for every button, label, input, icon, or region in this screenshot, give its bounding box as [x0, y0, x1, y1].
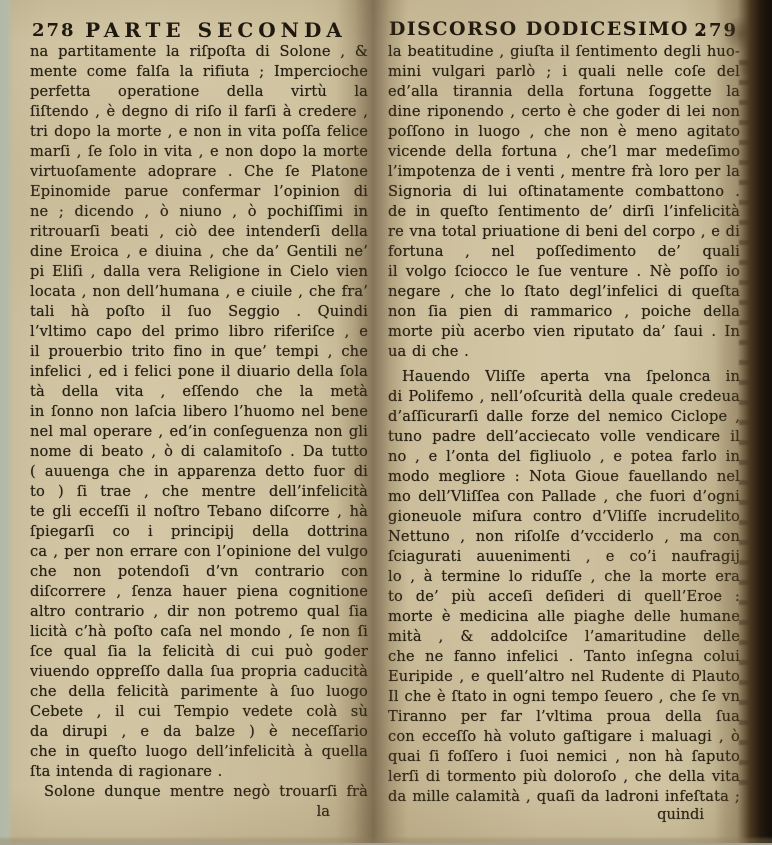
text-line: ſce qual ſia la felicità di cui può gode…: [30, 642, 368, 662]
text-line: mo dell’Vliſſea con Pallade , che fuori …: [388, 487, 740, 507]
text-line: infelici , ed i felici pone il diuario d…: [30, 362, 368, 382]
catchword-left: la: [30, 803, 330, 820]
text-line: nel mal operare , ed’in conſeguenza non …: [30, 422, 368, 442]
text-line: Nettuno , non riſolſe d’vcciderlo , ma c…: [388, 527, 740, 547]
text-line: perfetta operatione della virtù la beati…: [30, 82, 368, 102]
text-line: nome di beato , ò di calamitoſo . Da tut…: [30, 442, 368, 462]
text-line: di Polifemo , nell’oſcurità della quale …: [388, 387, 740, 407]
running-head-left: 278 PARTE SECONDA: [30, 18, 368, 42]
text-line: re vna total priuatione di beni del corp…: [388, 222, 740, 242]
text-line: il prouerbio trito fino in que’ tempi , …: [30, 342, 368, 362]
text-line: Hauendo Vliſſe aperta vna ſpelonca in fr…: [388, 367, 740, 387]
text-line: ſpiegarſi co i principij della dottrina …: [30, 522, 368, 542]
text-line: tuno padre dell’acciecato volle vendicar…: [388, 427, 740, 447]
text-line: ( auuenga che in apparenza detto fuor di…: [30, 462, 368, 482]
text-line: te gli ecceſſi il noſtro Tebano diſcorre…: [30, 502, 368, 522]
text-line: Cebete , il cui Tempio vedete colà sù in…: [30, 702, 368, 722]
text-line: da mille calamità , quaſi da ladroni inf…: [388, 787, 740, 807]
scan-edge-bottom: [0, 836, 772, 845]
text-line: tali hà poſto il ſuo Seggio . Quindi Ari…: [30, 302, 368, 322]
text-line: Il che è ſtato in ogni tempo ſeuero , ch…: [388, 687, 740, 707]
text-line: mente come falſa la rifiuta ; Impercioch…: [30, 62, 368, 82]
scan-edge-left: [0, 0, 13, 845]
text-line: marſi , ſe ſolo in vita , e non dopo la …: [30, 142, 368, 162]
text-line: Epinomide parue confermar l’opinion di S…: [30, 182, 368, 202]
text-line: diſcorrere , ſenza hauer piena cognition…: [30, 582, 368, 602]
text-line: morte è medicina alle piaghe delle human…: [388, 607, 740, 627]
text-line: Euripide , e quell’altro nel Rudente di …: [388, 667, 740, 687]
running-title-right: DISCORSO DODICESIMO .: [388, 18, 740, 40]
text-line: non ſia pien di rammarico , poiche della…: [388, 302, 740, 322]
text-line: mini vulgari parlò ; i quali nelle coſe …: [388, 62, 740, 82]
text-line: modo megliore : Nota Gioue fauellando ne…: [388, 467, 740, 487]
text-line: da dirupi , e da balze ) è neceſſario in…: [30, 722, 368, 742]
text-line: ca , per non errare con l’opinione del v…: [30, 542, 368, 562]
book-spread-scan: 278 PARTE SECONDA na partitamente la riſ…: [0, 0, 772, 845]
text-line: Signoria di lui oſtinatamente combattono…: [388, 182, 740, 202]
text-line: fortuna , nel poſſedimento de’ quali con…: [388, 242, 740, 262]
text-line: ne ; dicendo , ò niuno , ò pochiſſimi in…: [30, 202, 368, 222]
text-block-right: la beatitudine , giuſta il ſentimento de…: [388, 42, 740, 807]
text-line: tri dopo la morte , e non in vita poſſa …: [30, 122, 368, 142]
page-number-right: 279: [694, 20, 738, 41]
text-line: dine riponendo , certo è che goder di le…: [388, 102, 740, 122]
text-line: negare , che lo ſtato degl’infelici di q…: [388, 282, 740, 302]
text-line: ſta intenda di ragionare .: [30, 762, 368, 782]
text-line: virtuoſamente adoprare . Che ſe Platone …: [30, 162, 368, 182]
text-line: viuendo oppreſſo dalla ſua propria caduc…: [30, 662, 368, 682]
text-line: morte più acerbo vien riputato da’ ſaui …: [388, 322, 740, 342]
text-line: ua di che .: [388, 342, 740, 362]
text-line: con ecceſſo hà voluto gaſtigare i maluag…: [388, 727, 740, 747]
text-line: gioneuole miſura contro d’Vliſſe incrude…: [388, 507, 740, 527]
text-line: lo , à termine lo riduſſe , che la morte…: [388, 567, 740, 587]
text-line: il volgo ſciocco le ſue venture . Nè poſ…: [388, 262, 740, 282]
text-line: vicende della fortuna , che’l mar medeſi…: [388, 142, 740, 162]
text-line: tà della vita , eſſendo che la metà conſ…: [30, 382, 368, 402]
text-line: che non potendoſi d’vn contrario con fon…: [30, 562, 368, 582]
text-line: licità c’hà poſto caſa nel mondo , ſe no…: [30, 622, 368, 642]
text-line: in ſonno non laſcia libero l’huomo nel b…: [30, 402, 368, 422]
text-line: to de’ più acceſi deſideri di quell’Eroe…: [388, 587, 740, 607]
text-line: pi Eliſi , dalla vera Religione in Cielo…: [30, 262, 368, 282]
text-line: la beatitudine , giuſta il ſentimento de…: [388, 42, 740, 62]
text-line: ſciagurati auuenimenti , e co’i naufragi…: [388, 547, 740, 567]
text-line: locata , non dell’humana , e ciuile , ch…: [30, 282, 368, 302]
fore-edge-ink-marks: [739, 48, 752, 787]
text-line: altro contrario , dir non potremo qual ſ…: [30, 602, 368, 622]
text-line: ed’alla tirannia della fortuna ſoggette …: [388, 82, 740, 102]
text-line: ritrouarſi beati , ciò dee intenderſi de…: [30, 222, 368, 242]
text-line: che ne fanno infelici . Tanto inſegna co…: [388, 647, 740, 667]
text-line: mità , & addolciſce l’amaritudine delle …: [388, 627, 740, 647]
text-line: no , e l’onta del figliuolo , e potea fa…: [388, 447, 740, 467]
text-line: dine Eroica , e diuina , che da’ Gentili…: [30, 242, 368, 262]
page-number-left: 278: [32, 20, 76, 41]
text-line: Solone dunque mentre negò trouarſi frà n…: [30, 782, 368, 802]
text-line: Tiranno per far l’vltima proua della ſua…: [388, 707, 740, 727]
text-line: l’impotenza de i venti , mentre frà loro…: [388, 162, 740, 182]
text-line: lerſi di tormento più doloroſo , che del…: [388, 767, 740, 787]
text-line: to ) ſi trae , che mentre dell’infelicit…: [30, 482, 368, 502]
running-head-right: DISCORSO DODICESIMO . 279: [388, 18, 740, 42]
catchword-right: quindi: [388, 806, 704, 823]
text-line: che in queſto luogo dell’infelicità à qu…: [30, 742, 368, 762]
text-line: na partitamente la riſpoſta di Solone , …: [30, 42, 368, 62]
text-line: de in queſto ſentimento de’ dirſi l’infe…: [388, 202, 740, 222]
text-line: quai ſi foſſero i ſuoi nemici , non hà ſ…: [388, 747, 740, 767]
text-line: d’aſſicurarſi dalle forze del nemico Cic…: [388, 407, 740, 427]
text-line: ſiſtendo , è degno di riſo il farſi à cr…: [30, 102, 368, 122]
text-line: poſſono in luogo , che non è meno agitat…: [388, 122, 740, 142]
text-block-left: na partitamente la riſpoſta di Solone , …: [30, 42, 368, 802]
running-title-left: PARTE SECONDA: [30, 18, 368, 42]
text-line: l’vltimo capo del primo libro riferiſce …: [30, 322, 368, 342]
text-line: che della felicità parimente à ſuo luogo…: [30, 682, 368, 702]
